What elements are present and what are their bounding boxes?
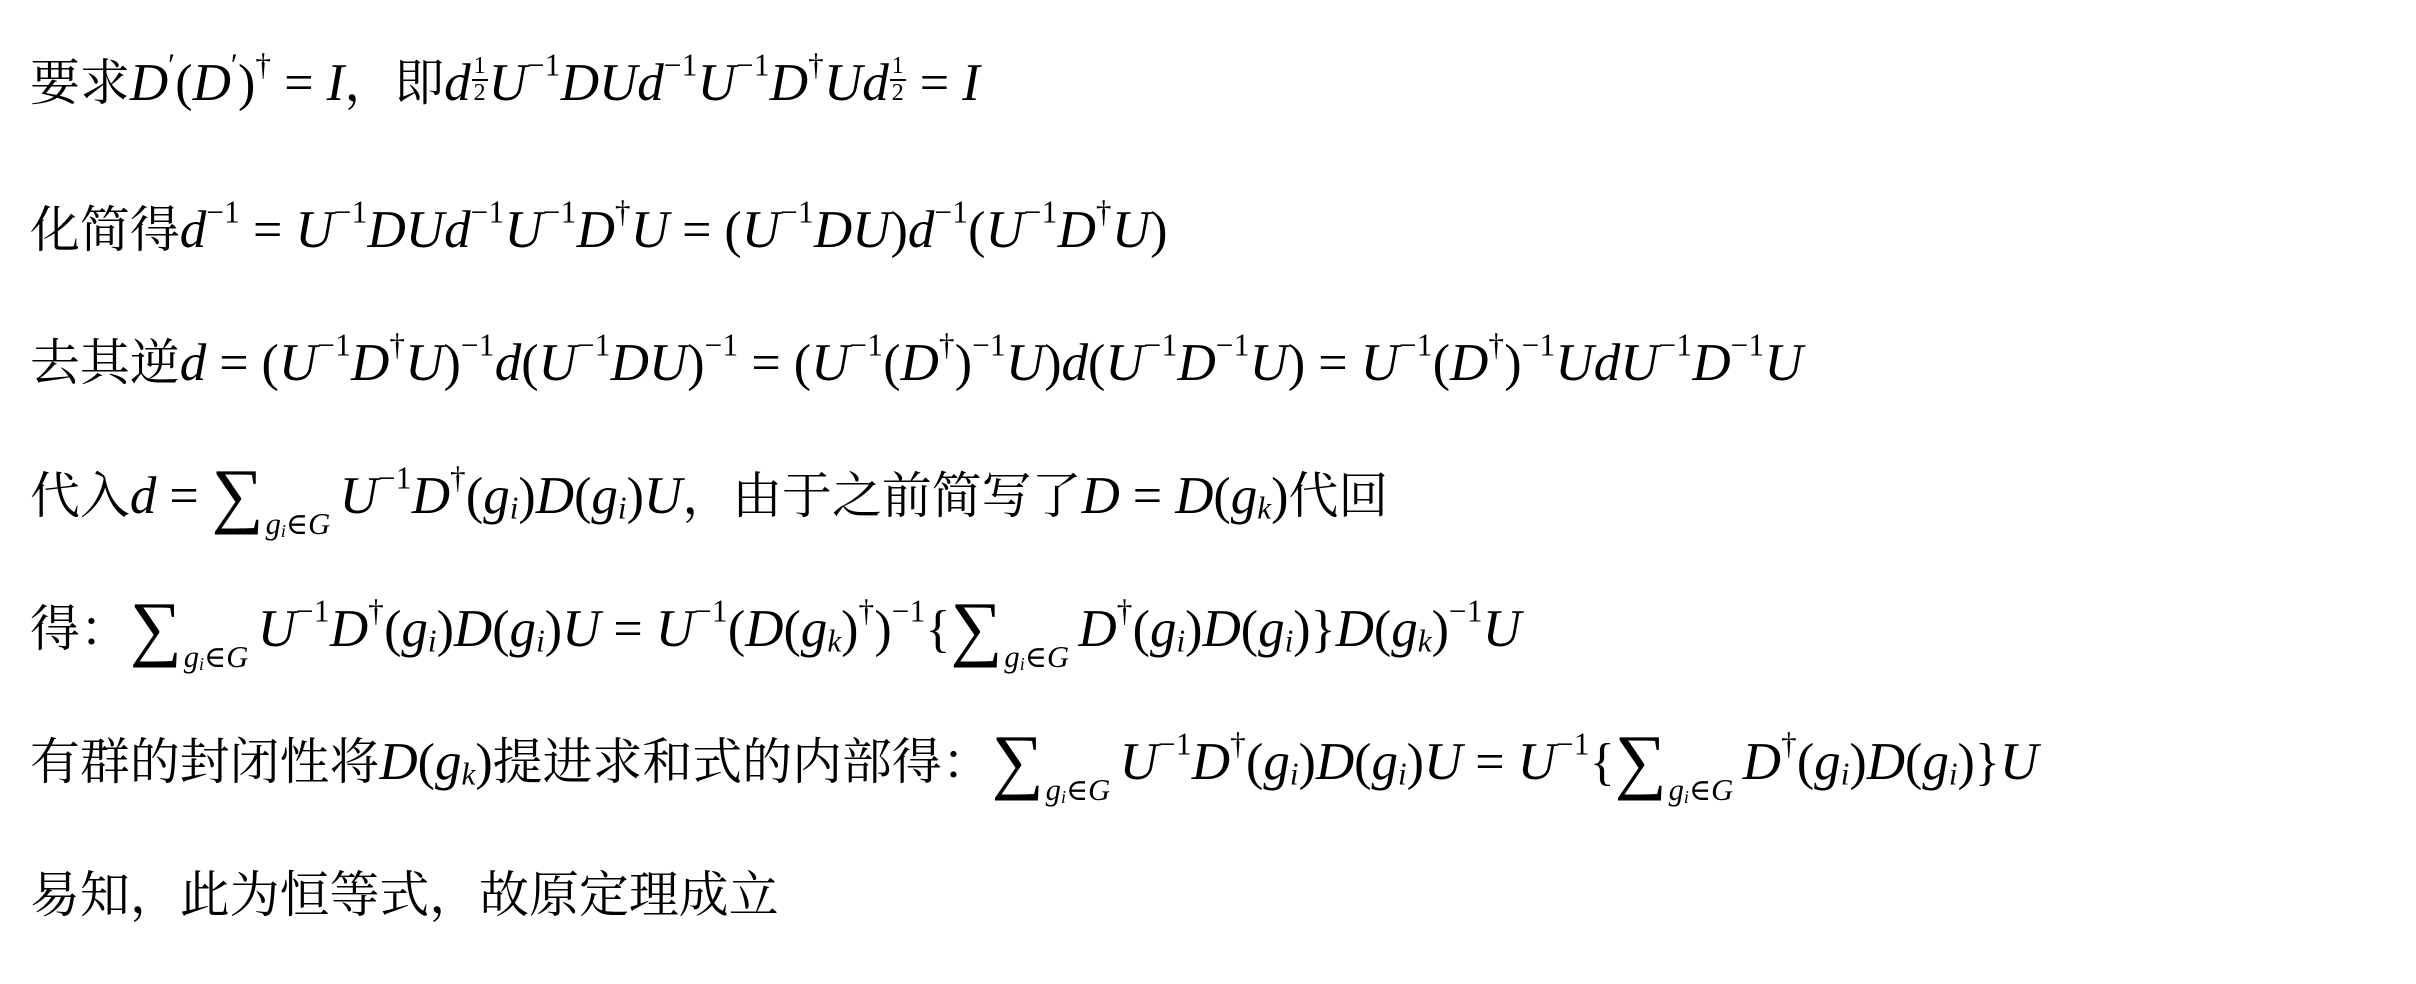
math-variable: D [330,600,368,658]
math-variable: d [862,54,889,112]
math-variable: U [1006,334,1044,392]
math-variable: D [1078,600,1116,658]
math-operator: { [1590,734,1615,791]
summation: ∑gi∈G [992,734,1111,791]
math-variable: D [379,733,417,791]
math-superscript: −1 [849,328,883,363]
math-superscript: −1 [577,328,611,363]
math-operator: ) [1185,601,1202,658]
math-superscript: −1 [1024,195,1058,230]
math-superscript: † [1781,727,1797,762]
math-variable: D [770,54,808,112]
math-superscript: † [255,48,271,83]
math-superscript: −1 [1556,727,1590,762]
math-variable: g [1263,733,1290,791]
math-variable: U [1120,733,1158,791]
math-variable: D [1316,733,1354,791]
sum-symbol: ∑ [212,454,264,535]
math-superscript: −1 [378,461,412,496]
math-variable: U [539,334,577,392]
math-variable: DU [368,201,445,259]
math-superscript: † [808,48,824,83]
math-subscript: k [1418,624,1432,659]
math-variable: D [130,54,168,112]
math-variable: D [1175,467,1213,525]
derivation-line-2: 化简得d−1 = U−1DUd−1U−1D†U = (U−1DU)d−1(U−1… [30,164,2416,297]
math-variable: U [1424,733,1462,791]
math-variable: I [327,54,345,112]
math-superscript: † [615,195,631,230]
cjk-text: 代回 [1288,468,1388,524]
math-variable: D [1336,600,1374,658]
math-operator: = [156,468,211,525]
math-operator: = [1120,468,1175,525]
math-operator: ( [728,601,745,658]
math-variable: g [1004,640,1019,674]
math-variable: U [742,201,780,259]
math-variable: U [656,600,694,658]
cjk-text: 去其逆 [30,335,180,391]
math-operator: ( [384,601,401,658]
math-variable: D [1081,467,1119,525]
math-operator: ( [466,468,483,525]
math-variable: g [1814,733,1841,791]
math-operator: ∈ [1025,641,1047,674]
math-operator: ∈ [1689,774,1711,807]
document-page: 要求D′(D′)† = I，即d12U−1DUd−1U−1D†Ud12 = I … [0,0,2416,984]
math-variable: D [1177,334,1215,392]
math-operator: ) [1407,734,1424,791]
math-variable: g [266,507,281,541]
fraction-exponent: 12 [472,54,488,106]
cjk-text: 有群的封闭性将 [30,734,379,790]
math-variable: U [1518,733,1556,791]
summation: ∑gi∈G [130,601,249,658]
math-variable: g [1258,600,1285,658]
math-superscript: −1 [705,328,739,363]
math-subscript: i [1398,757,1407,792]
math-variable: g [591,467,618,525]
math-variable: g [801,600,828,658]
math-variable: d [444,54,471,112]
math-superscript: −1 [664,48,698,83]
math-superscript: ′ [231,48,238,83]
math-superscript: −1 [972,328,1006,363]
math-superscript: † [1117,594,1133,629]
math-superscript: −1 [1158,727,1192,762]
sum-subscript: gi∈G [184,641,249,674]
math-variable: G [1047,640,1069,674]
math-variable: G [308,507,330,541]
math-variable: U [811,334,849,392]
math-variable: U [489,54,527,112]
math-variable: U [698,54,736,112]
math-operator: ( [1246,734,1263,791]
math-superscript: −1 [296,594,330,629]
math-variable: d [180,201,207,259]
math-superscript: † [1488,328,1504,363]
math-superscript: † [1096,195,1112,230]
math-variable: D [1743,733,1781,791]
derivation-line-5: 得：∑gi∈GU−1D†(gi)D(gi)U = U−1(D(gk)†)−1{∑… [30,563,2416,696]
math-operator: ( [1797,734,1814,791]
math-superscript: −1 [543,195,577,230]
math-variable: g [1922,733,1949,791]
math-variable: U [1112,201,1150,259]
math-variable: DU [814,201,891,259]
math-variable: U [631,201,669,259]
math-operator: ) [955,335,972,392]
math-variable: U [1483,600,1521,658]
math-variable: G [1711,773,1733,807]
sum-subscript: gi∈G [1046,774,1111,807]
math-superscript: −1 [736,48,770,83]
derivation-line-1: 要求D′(D′)† = I，即d12U−1DUd−1U−1D†Ud12 = I [30,4,2416,164]
math-superscript: † [939,328,955,363]
math-variable: g [1046,773,1061,807]
math-operator: ) [1288,335,1305,392]
math-subscript: i [1290,757,1299,792]
math-variable: g [1150,600,1177,658]
math-superscript: −1 [1216,328,1250,363]
math-variable: D [1192,733,1230,791]
math-operator: ( [574,468,591,525]
math-variable: U [258,600,296,658]
math-operator: ) [1293,601,1310,658]
math-operator: ∈ [286,508,308,541]
math-superscript: −1 [892,594,926,629]
math-variable: G [226,640,248,674]
math-operator: ) [1271,468,1288,525]
cjk-text: ，由于之前简写了 [682,468,1081,524]
math-variable: D [1450,334,1488,392]
sum-subscript: gi∈G [266,508,331,541]
sum-subscript: gi∈G [1669,774,1734,807]
math-variable: D [1692,334,1730,392]
math-operator: ( [1133,601,1150,658]
math-superscript: −1 [934,195,968,230]
math-variable: D [901,334,939,392]
math-variable: U [340,467,378,525]
math-variable: g [1391,600,1418,658]
fraction-denominator: 2 [472,81,488,106]
math-variable: U [985,201,1023,259]
math-subscript: i [1176,624,1185,659]
math-superscript: −1 [1659,328,1693,363]
math-operator: = [907,55,962,112]
sum-symbol: ∑ [130,587,182,668]
math-variable: U [295,201,333,259]
math-variable: d [130,467,157,525]
math-variable: D [745,600,783,658]
math-variable: U [405,334,443,392]
math-superscript: −1 [461,328,495,363]
math-variable: d [1062,334,1089,392]
sum-symbol: ∑ [992,720,1044,801]
math-operator: ( [1241,601,1258,658]
math-variable: D [412,467,450,525]
math-operator: { [926,601,951,658]
math-operator: ( [1213,468,1230,525]
math-subscript: k [827,624,841,659]
sum-symbol: ∑ [1615,720,1667,801]
math-variable: UdU [1555,334,1658,392]
math-subscript: i [536,624,545,659]
math-variable: d [444,201,471,259]
math-variable: g [1231,467,1258,525]
math-operator: ) [444,335,461,392]
math-operator: ( [521,335,538,392]
math-superscript: −1 [317,328,351,363]
math-operator: ) [1044,335,1061,392]
math-variable: U [504,201,542,259]
math-variable: d [908,201,935,259]
math-superscript: −1 [206,195,240,230]
math-variable: g [510,600,537,658]
math-operator: ) [545,601,562,658]
math-operator: ( [883,335,900,392]
math-variable: g [483,467,510,525]
math-superscript: −1 [1399,328,1433,363]
math-variable: g [1371,733,1398,791]
math-superscript: −1 [1522,328,1556,363]
math-operator: = ( [206,335,279,392]
math-operator: = [240,202,295,259]
math-operator: ) [627,468,644,525]
math-variable: U [1361,334,1399,392]
math-subscript: i [618,491,627,526]
math-operator: ) [890,202,907,259]
math-variable: D [1867,733,1905,791]
math-operator: ) [238,55,255,112]
math-operator: ) [1432,601,1449,658]
sum-subscript: gi∈G [1004,641,1069,674]
math-variable: g [435,733,462,791]
math-operator: ∈ [204,641,226,674]
math-operator: ( [175,55,192,112]
cjk-text: 得： [30,601,130,657]
math-operator: ) [1504,335,1521,392]
derivation-line-4: 代入d = ∑gi∈GU−1D†(gi)D(gi)U，由于之前简写了D = D(… [30,430,2416,563]
math-superscript: −1 [527,48,561,83]
math-variable: g [184,640,199,674]
math-operator: ( [783,601,800,658]
math-subscript: i [1285,624,1294,659]
math-variable: DU [561,54,638,112]
fraction-numerator: 1 [472,54,488,81]
math-variable: U [2000,733,2038,791]
math-operator: ) [1299,734,1316,791]
math-superscript: −1 [1144,328,1178,363]
math-operator: } [1311,601,1336,658]
math-operator: ( [1433,335,1450,392]
math-superscript: † [389,328,405,363]
math-operator: = [1462,734,1517,791]
math-subscript: k [462,757,476,792]
math-operator: ) [687,335,704,392]
math-operator: ) [1150,202,1167,259]
math-variable: g [401,600,428,658]
derivation-line-7: 易知，此为恒等式，故原定理成立 [30,829,2416,962]
derivation-line-6: 有群的封闭性将D(gk)提进求和式的内部得：∑gi∈GU−1D†(gi)D(gi… [30,696,2416,829]
math-variable: d [495,334,522,392]
math-operator: = ( [738,335,811,392]
math-variable: G [1088,773,1110,807]
math-operator: ) [437,601,454,658]
math-subscript: i [1949,757,1958,792]
math-subscript: i [428,624,437,659]
fraction-denominator: 2 [890,81,906,106]
math-operator: ) [1849,734,1866,791]
math-superscript: −1 [694,594,728,629]
math-variable: D [536,467,574,525]
math-variable: g [1669,773,1684,807]
math-operator: = [600,601,655,658]
summation: ∑gi∈G [951,601,1070,658]
math-superscript: † [450,461,466,496]
math-variable: U [562,600,600,658]
cjk-text: 要求 [30,55,130,111]
math-superscript: −1 [1731,328,1765,363]
math-operator: = ( [669,202,742,259]
math-variable: D [577,201,615,259]
math-variable: U [1764,334,1802,392]
math-variable: d [637,54,664,112]
math-operator: ) [874,601,891,658]
derivation-line-3: 去其逆d = (U−1D†U)−1d(U−1DU)−1 = (U−1(D†)−1… [30,297,2416,430]
math-variable: D [351,334,389,392]
math-superscript: −1 [334,195,368,230]
math-superscript: † [858,594,874,629]
math-variable: U [1250,334,1288,392]
math-operator: ) [841,601,858,658]
math-superscript: † [1230,727,1246,762]
math-operator: = [271,55,326,112]
math-operator: ( [1374,601,1391,658]
math-variable: D [1058,201,1096,259]
math-operator: ) [475,734,492,791]
math-subscript: k [1257,491,1271,526]
math-variable: D [1202,600,1240,658]
math-operator: ) [1958,734,1975,791]
math-variable: D [454,600,492,658]
math-variable: I [962,54,980,112]
math-operator: ( [968,202,985,259]
cjk-text: 易知，此为恒等式，故原定理成立 [30,867,779,923]
math-operator: ( [1354,734,1371,791]
summation: ∑gi∈G [1615,734,1734,791]
math-superscript: −1 [780,195,814,230]
sum-symbol: ∑ [951,587,1003,668]
cjk-text: 化简得 [30,202,180,258]
math-variable: U [644,467,682,525]
math-operator: ( [418,734,435,791]
math-superscript: −1 [471,195,505,230]
math-variable: U [824,54,862,112]
math-variable: DU [611,334,688,392]
math-variable: U [1105,334,1143,392]
math-superscript: −1 [1449,594,1483,629]
math-operator: ( [1088,335,1105,392]
fraction-numerator: 1 [890,54,906,81]
cjk-text: ，即 [344,55,444,111]
math-operator: ( [1905,734,1922,791]
math-operator: = [1305,335,1360,392]
math-superscript: † [368,594,384,629]
cjk-text: 提进求和式的内部得： [493,734,992,790]
math-variable: D [193,54,231,112]
math-operator: } [1975,734,2000,791]
math-operator: ( [492,601,509,658]
fraction-exponent: 12 [890,54,906,106]
math-variable: d [180,334,207,392]
cjk-text: 代入 [30,468,130,524]
math-operator: ) [518,468,535,525]
math-variable: U [279,334,317,392]
math-operator: ∈ [1066,774,1088,807]
summation: ∑gi∈G [212,468,331,525]
